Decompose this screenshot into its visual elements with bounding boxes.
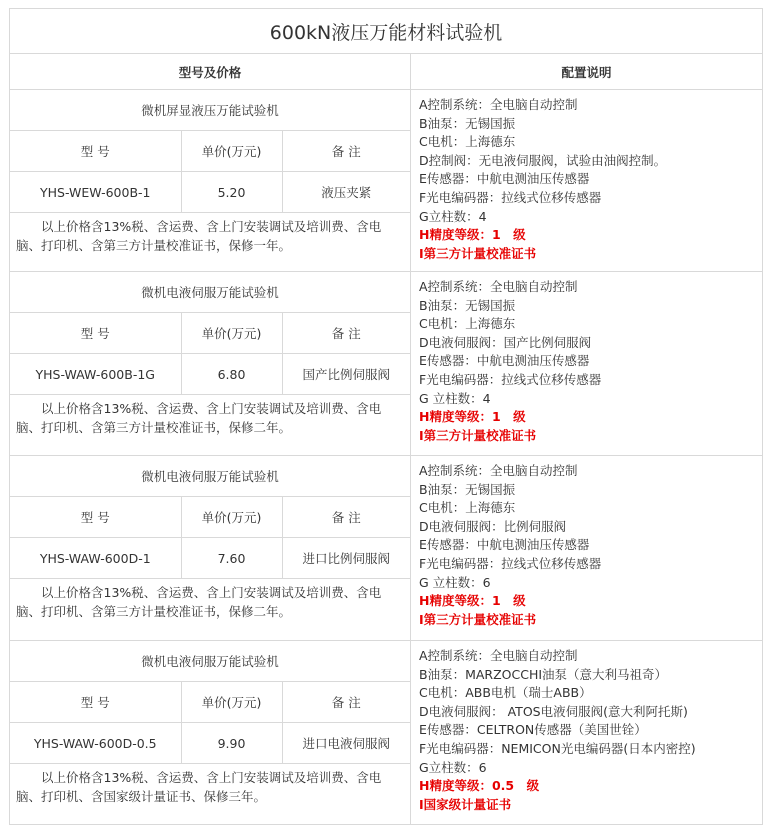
remark-value: 进口比例伺服阀	[282, 538, 410, 579]
product-section: 微机电液伺服万能试验机 型 号 单价(万元) 备 注 YHS-WAW-600D-…	[10, 641, 763, 825]
accuracy-grade: H精度等级：0.5 级	[419, 777, 762, 796]
col-header-price: 单价(万元)	[181, 313, 282, 354]
config-item: F光电编码器：NEMICON光电编码器(日本内密控)	[419, 740, 762, 759]
col-header-price: 单价(万元)	[181, 131, 282, 172]
col-header-remark: 备 注	[282, 497, 410, 538]
config-cell: A控制系统：全电脑自动控制 B油泵：无锡国振 C电机：上海德东 D电液伺服阀：比…	[411, 456, 763, 641]
certificate: I国家级计量证书	[419, 796, 762, 815]
pricing-table: 微机电液伺服万能试验机 型 号 单价(万元) 备 注 YHS-WAW-600D-…	[10, 456, 410, 640]
price-note-cell: 以上价格含13%税、含运费、含上门安装调试及培训费、含电脑、打印机、含第三方计量…	[10, 395, 410, 456]
config-item: B油泵：无锡国振	[419, 115, 762, 134]
pricing-table: 微机电液伺服万能试验机 型 号 单价(万元) 备 注 YHS-WAW-600B-…	[10, 272, 410, 455]
product-name: 微机屏显液压万能试验机	[10, 90, 410, 131]
config-item: B油泵：无锡国振	[419, 297, 762, 316]
accuracy-grade: H精度等级：1 级	[419, 408, 762, 427]
product-section: 微机电液伺服万能试验机 型 号 单价(万元) 备 注 YHS-WAW-600D-…	[10, 456, 763, 641]
product-pricing-cell: 微机电液伺服万能试验机 型 号 单价(万元) 备 注 YHS-WAW-600D-…	[10, 456, 411, 641]
price-note: 以上价格含13%税、含运费、含上门安装调试及培训费、含电脑、打印机、含第三方计量…	[16, 399, 404, 437]
config-item: C电机：ABB电机（瑞士ABB）	[419, 684, 762, 703]
model-value: YHS-WEW-600B-1	[10, 172, 181, 213]
header-model-price: 型号及价格	[10, 54, 411, 90]
config-cell: A控制系统：全电脑自动控制 B油泵：MARZOCCHI油泵（意大利马祖奇） C电…	[411, 641, 763, 825]
config-item: A控制系统：全电脑自动控制	[419, 278, 762, 297]
config-item: A控制系统：全电脑自动控制	[419, 96, 762, 115]
certificate: I第三方计量校准证书	[419, 611, 762, 630]
config-list: A控制系统：全电脑自动控制 B油泵：MARZOCCHI油泵（意大利马祖奇） C电…	[419, 647, 762, 814]
config-item: G立柱数：4	[419, 208, 762, 227]
pricing-table: 微机屏显液压万能试验机 型 号 单价(万元) 备 注 YHS-WEW-600B-…	[10, 90, 410, 271]
model-value: YHS-WAW-600D-1	[10, 538, 181, 579]
config-item: E传感器：中航电测油压传感器	[419, 536, 762, 555]
price-value: 6.80	[181, 354, 282, 395]
config-list: A控制系统：全电脑自动控制 B油泵：无锡国振 C电机：上海德东 D控制阀：无电液…	[419, 96, 762, 263]
price-note-cell: 以上价格含13%税、含运费、含上门安装调试及培训费、含电脑、打印机、含第三方计量…	[10, 579, 410, 641]
col-header-remark: 备 注	[282, 682, 410, 723]
config-item: C电机：上海德东	[419, 499, 762, 518]
model-value: YHS-WAW-600B-1G	[10, 354, 181, 395]
remark-value: 进口电液伺服阀	[282, 723, 410, 764]
remark-value: 国产比例伺服阀	[282, 354, 410, 395]
config-item: E传感器：CELTRON传感器（美国世铨）	[419, 721, 762, 740]
product-section: 微机屏显液压万能试验机 型 号 单价(万元) 备 注 YHS-WEW-600B-…	[10, 90, 763, 272]
col-header-remark: 备 注	[282, 313, 410, 354]
accuracy-grade: H精度等级：1 级	[419, 226, 762, 245]
product-pricing-cell: 微机屏显液压万能试验机 型 号 单价(万元) 备 注 YHS-WEW-600B-…	[10, 90, 411, 272]
remark-value: 液压夹紧	[282, 172, 410, 213]
config-item: C电机：上海德东	[419, 133, 762, 152]
config-item: F光电编码器：拉线式位移传感器	[419, 189, 762, 208]
col-header-price: 单价(万元)	[181, 682, 282, 723]
sections-body: 微机屏显液压万能试验机 型 号 单价(万元) 备 注 YHS-WEW-600B-…	[10, 90, 763, 825]
config-item: D电液伺服阀：比例伺服阀	[419, 518, 762, 537]
product-name: 微机电液伺服万能试验机	[10, 272, 410, 313]
price-note-cell: 以上价格含13%税、含运费、含上门安装调试及培训费、含电脑、打印机、含第三方计量…	[10, 213, 410, 272]
config-item: A控制系统：全电脑自动控制	[419, 462, 762, 481]
accuracy-grade: H精度等级：1 级	[419, 592, 762, 611]
price-value: 5.20	[181, 172, 282, 213]
pricing-table: 微机电液伺服万能试验机 型 号 单价(万元) 备 注 YHS-WAW-600D-…	[10, 641, 410, 824]
product-section: 微机电液伺服万能试验机 型 号 单价(万元) 备 注 YHS-WAW-600B-…	[10, 272, 763, 456]
col-header-remark: 备 注	[282, 131, 410, 172]
config-item: E传感器：中航电测油压传感器	[419, 352, 762, 371]
config-item: G 立柱数：6	[419, 574, 762, 593]
config-item: B油泵：MARZOCCHI油泵（意大利马祖奇）	[419, 666, 762, 685]
col-header-model: 型 号	[10, 497, 181, 538]
spec-table: 600kN液压万能材料试验机 型号及价格 配置说明 微机屏显液压万能试验机 型 …	[9, 8, 763, 825]
certificate: I第三方计量校准证书	[419, 427, 762, 446]
product-pricing-cell: 微机电液伺服万能试验机 型 号 单价(万元) 备 注 YHS-WAW-600B-…	[10, 272, 411, 456]
col-header-model: 型 号	[10, 682, 181, 723]
config-item: E传感器：中航电测油压传感器	[419, 170, 762, 189]
price-value: 7.60	[181, 538, 282, 579]
page-title: 600kN液压万能材料试验机	[10, 9, 763, 54]
config-item: F光电编码器：拉线式位移传感器	[419, 555, 762, 574]
config-item: B油泵：无锡国振	[419, 481, 762, 500]
col-header-model: 型 号	[10, 313, 181, 354]
price-note-cell: 以上价格含13%税、含运费、含上门安装调试及培训费、含电脑、打印机、含国家级计量…	[10, 764, 410, 825]
config-cell: A控制系统：全电脑自动控制 B油泵：无锡国振 C电机：上海德东 D控制阀：无电液…	[411, 90, 763, 272]
product-pricing-cell: 微机电液伺服万能试验机 型 号 单价(万元) 备 注 YHS-WAW-600D-…	[10, 641, 411, 825]
price-value: 9.90	[181, 723, 282, 764]
config-item: D电液伺服阀： ATOS电液伺服阀(意大利阿托斯)	[419, 703, 762, 722]
spec-table-container: 600kN液压万能材料试验机 型号及价格 配置说明 微机屏显液压万能试验机 型 …	[9, 8, 762, 825]
config-item: D控制阀：无电液伺服阀，试验由油阀控制。	[419, 152, 762, 171]
price-note: 以上价格含13%税、含运费、含上门安装调试及培训费、含电脑、打印机、含第三方计量…	[16, 583, 404, 621]
product-name: 微机电液伺服万能试验机	[10, 456, 410, 497]
config-list: A控制系统：全电脑自动控制 B油泵：无锡国振 C电机：上海德东 D电液伺服阀：国…	[419, 278, 762, 445]
config-item: D电液伺服阀：国产比例伺服阀	[419, 334, 762, 353]
header-config: 配置说明	[411, 54, 763, 90]
price-note: 以上价格含13%税、含运费、含上门安装调试及培训费、含电脑、打印机、含国家级计量…	[16, 768, 404, 806]
price-note: 以上价格含13%税、含运费、含上门安装调试及培训费、含电脑、打印机、含第三方计量…	[16, 217, 404, 255]
config-item: G立柱数：6	[419, 759, 762, 778]
config-item: G 立柱数：4	[419, 390, 762, 409]
config-item: A控制系统：全电脑自动控制	[419, 647, 762, 666]
model-value: YHS-WAW-600D-0.5	[10, 723, 181, 764]
col-header-price: 单价(万元)	[181, 497, 282, 538]
config-item: F光电编码器：拉线式位移传感器	[419, 371, 762, 390]
col-header-model: 型 号	[10, 131, 181, 172]
config-list: A控制系统：全电脑自动控制 B油泵：无锡国振 C电机：上海德东 D电液伺服阀：比…	[419, 462, 762, 629]
config-item: C电机：上海德东	[419, 315, 762, 334]
product-name: 微机电液伺服万能试验机	[10, 641, 410, 682]
certificate: I第三方计量校准证书	[419, 245, 762, 264]
config-cell: A控制系统：全电脑自动控制 B油泵：无锡国振 C电机：上海德东 D电液伺服阀：国…	[411, 272, 763, 456]
